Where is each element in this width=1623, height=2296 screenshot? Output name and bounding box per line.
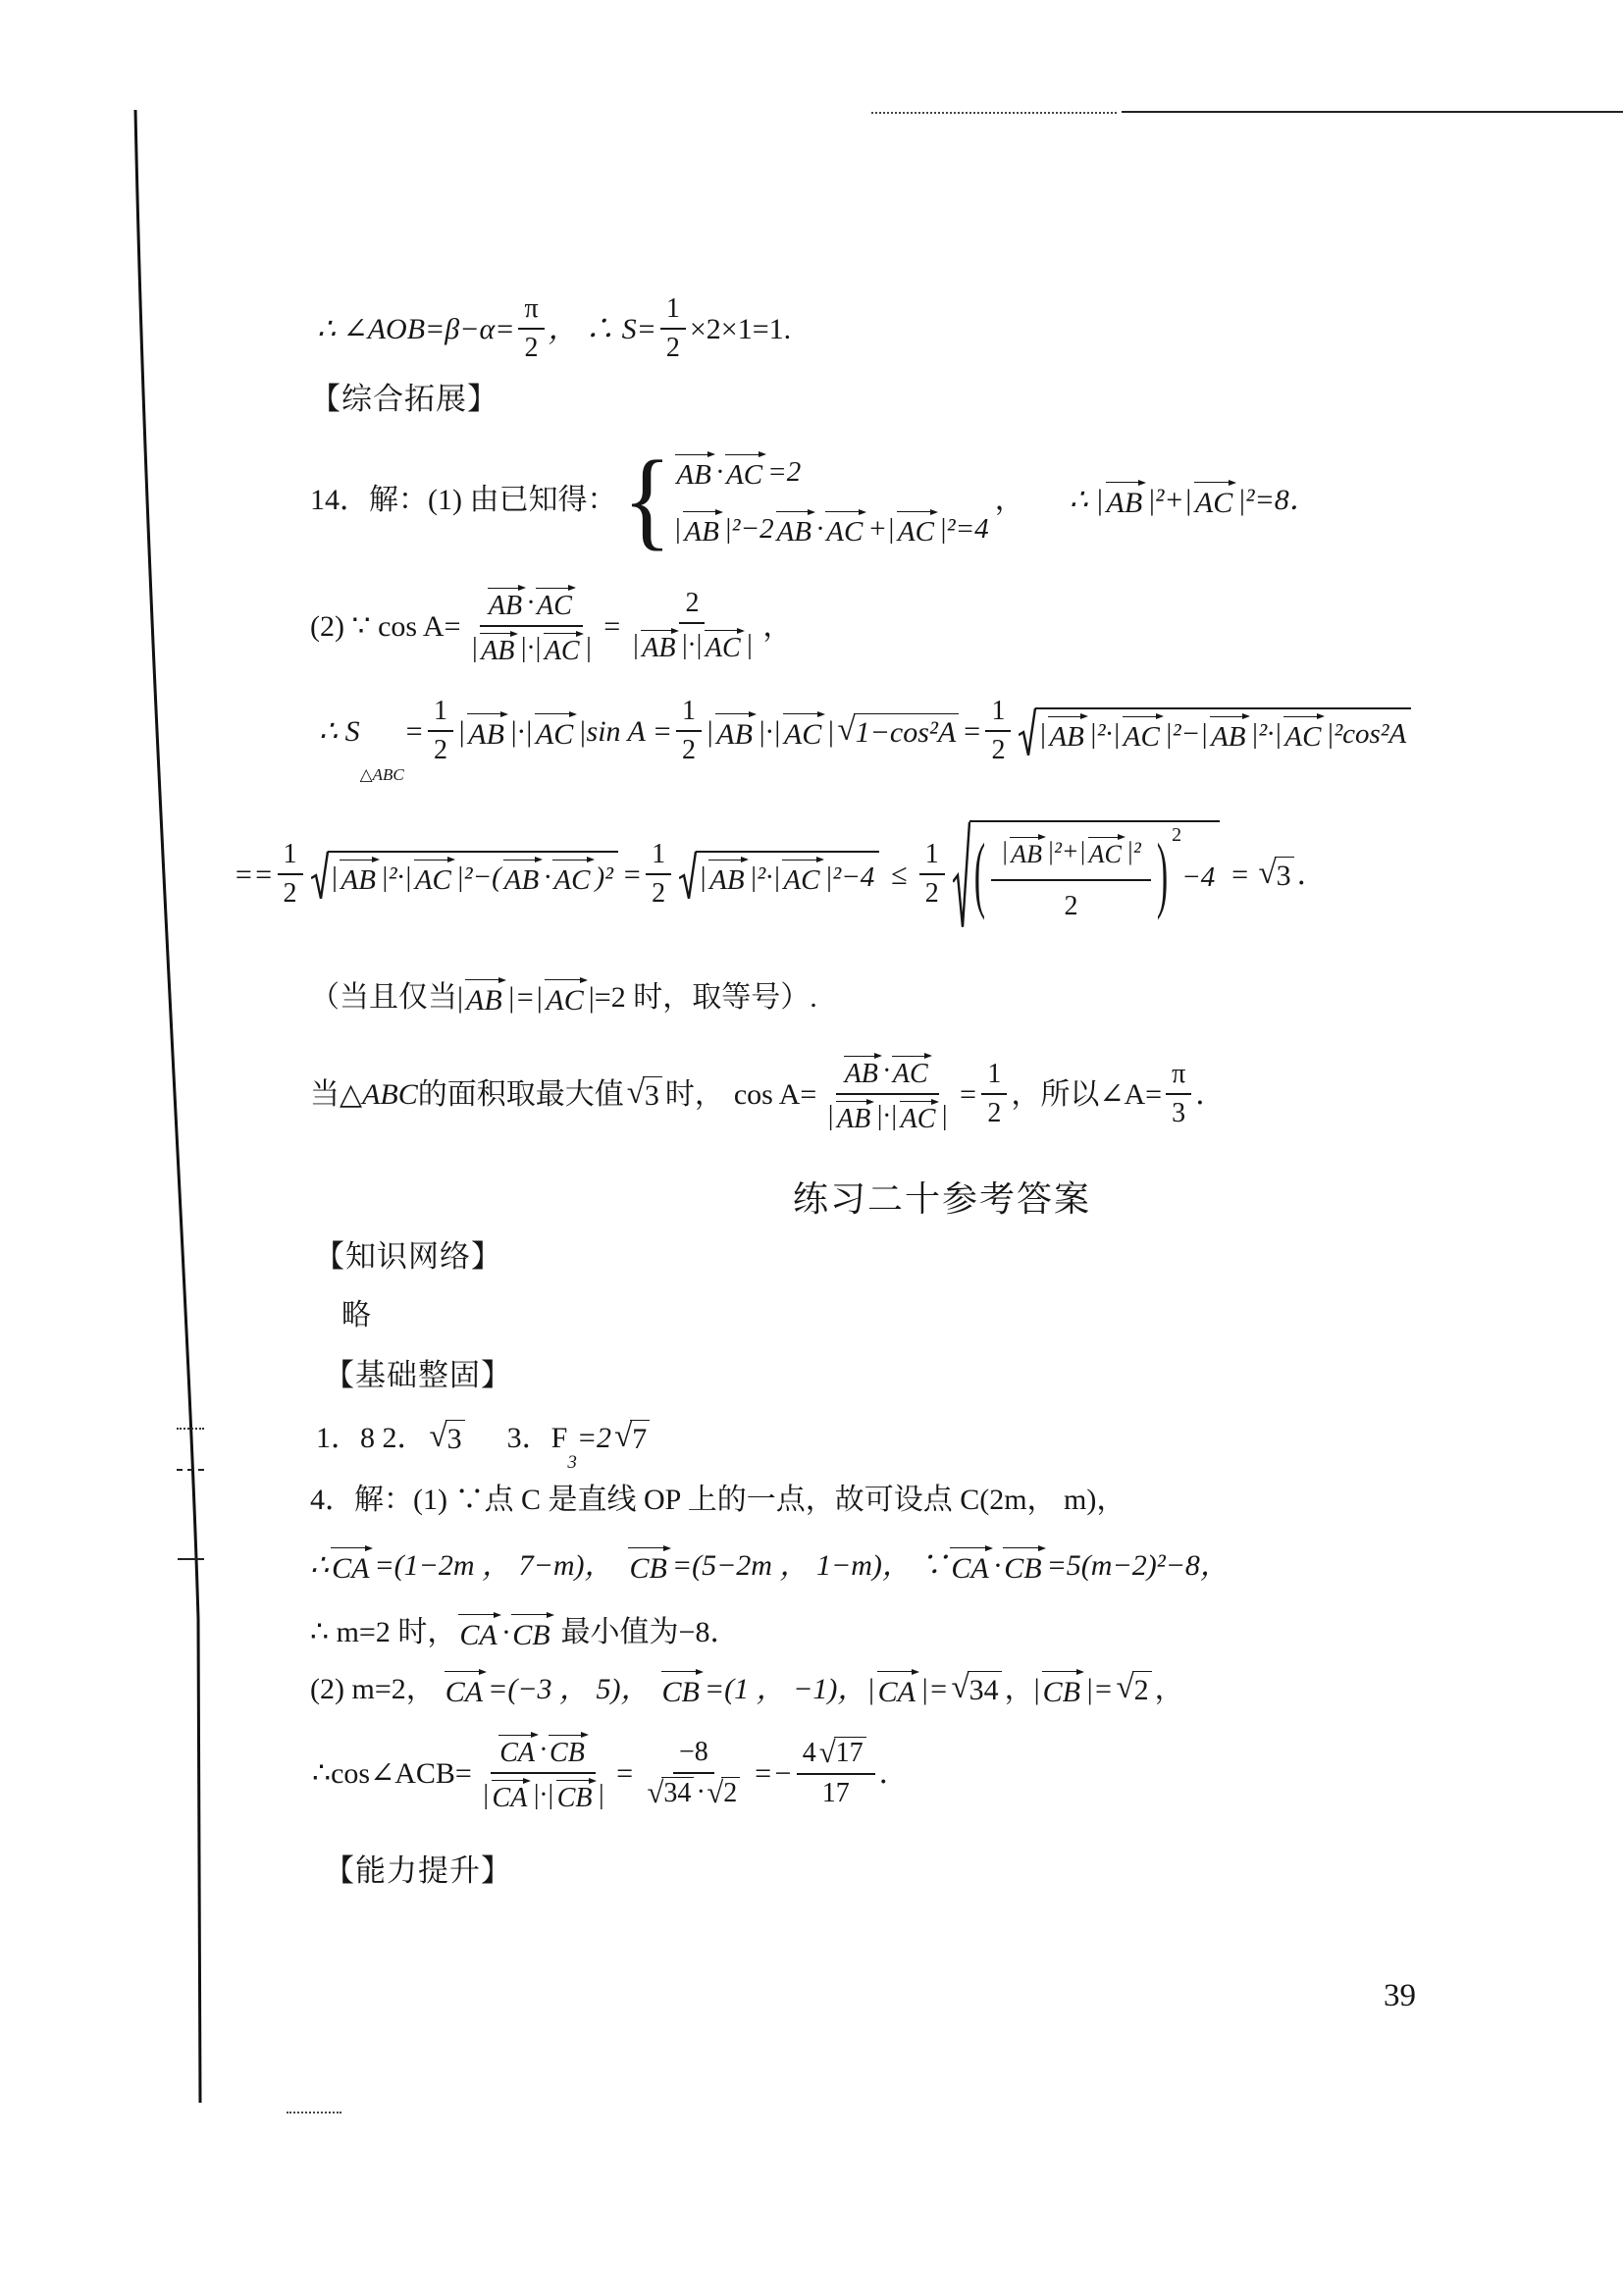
math-text: |²−4 <box>825 860 875 895</box>
fraction-numerator: 2 <box>679 587 705 624</box>
fraction: 1 2 <box>919 838 945 913</box>
page-edge-line <box>0 0 255 2296</box>
math-text: |·| <box>758 713 781 751</box>
vector-ab: AB <box>714 710 757 754</box>
vector-ab: AB <box>640 627 679 664</box>
vector-ac: AC <box>899 1098 940 1135</box>
math-text: |sin A = <box>578 713 672 751</box>
vector-ab: AB <box>775 508 815 549</box>
math-text: == <box>234 857 274 894</box>
fraction-numerator: AB · AC <box>836 1052 939 1095</box>
math-text: | <box>585 633 593 664</box>
vector-ca: CA <box>457 1611 500 1654</box>
math-text: | <box>598 1780 605 1811</box>
cn-text: ∴ m=2 时， <box>310 1614 456 1651</box>
math-text: · <box>883 1056 890 1087</box>
vector-ca: CA <box>497 1732 539 1769</box>
page-number: 39 <box>1384 1978 1416 2014</box>
fraction-numerator: 1 <box>428 695 453 732</box>
vector-ac: AC <box>1122 713 1164 755</box>
math-text: = <box>1230 857 1249 894</box>
vector-ab: AB <box>707 857 748 898</box>
vector-ac: AC <box>534 710 577 754</box>
math-text: |²+| <box>1147 482 1192 519</box>
radical: | AB |²·| AC |²−4 <box>679 851 879 900</box>
math-text: |² <box>1126 837 1141 866</box>
math-text: ． <box>879 1755 909 1793</box>
vector-ac: AC <box>413 857 455 898</box>
math-text: | <box>471 633 479 664</box>
fraction-numerator: π <box>518 292 544 330</box>
math-text: | <box>482 1780 490 1811</box>
math-text: △ABC <box>340 1076 418 1114</box>
cn-text: 14．解：(1) 由已知得： <box>310 482 616 519</box>
vector-ab: AB <box>674 451 714 493</box>
fraction-numerator: 1 <box>981 1058 1007 1095</box>
answers-title: 练习二十参考答案 <box>793 1177 1091 1222</box>
vector-ac: AC <box>1087 834 1126 869</box>
math-text: | <box>699 860 707 895</box>
radical: √ 3 <box>430 1420 465 1458</box>
math-text: ， ∴ S= <box>549 311 656 348</box>
math-text: −4 <box>1181 860 1215 895</box>
vector-ac: AC <box>544 976 587 1019</box>
radicand: 34 <box>661 1777 694 1809</box>
math-text: |²·| <box>750 860 781 895</box>
fraction-denominator: 2 <box>919 875 945 913</box>
cn-text: 略 <box>341 1297 371 1334</box>
fraction-denominator: 2 <box>278 875 303 913</box>
section-header-label: 【能力提升】 <box>324 1852 512 1891</box>
math-text: |²·| <box>1089 716 1121 752</box>
vector-ab: AB <box>843 1053 882 1090</box>
exponent: 2 <box>1172 823 1181 848</box>
radicand: 3 <box>1275 857 1294 895</box>
math-text: |·| <box>680 630 702 661</box>
vector-ac: AC <box>543 630 584 667</box>
vector-ab: AB <box>835 1098 874 1135</box>
vector-ab: AB <box>464 976 506 1019</box>
math-text: |·| <box>875 1101 897 1132</box>
radicand: 3 <box>445 1420 465 1458</box>
formula-line-aob-area: ∴ ∠AOB=β−α= π 2 ， ∴ S= 1 2 ×2×1=1. <box>317 285 791 375</box>
fraction-denominator: 2 <box>646 875 671 913</box>
math-text: ． <box>1297 857 1327 894</box>
fraction-denominator: 2 <box>676 732 702 769</box>
radical: | AB |²·| AC |² − | AB |²·| AC |²cos²A <box>1019 707 1411 757</box>
vector-ab: AB <box>479 630 518 667</box>
math-text: |²=4 <box>939 511 989 547</box>
radical: √ 3 <box>627 1076 662 1115</box>
fraction: AB · AC | AB |·| AC | <box>465 584 599 670</box>
cn-text: 时， <box>665 1076 724 1114</box>
section-header-label: 【综合拓展】 <box>310 381 498 419</box>
radical: | AB |²·| AC |²−( AB · AC )² <box>311 851 618 900</box>
math-text: · <box>816 511 823 547</box>
math-text: | <box>1001 837 1008 866</box>
math-text: =(1−2m ， 7−m)， <box>374 1547 613 1585</box>
vector-ab: AB <box>466 710 508 754</box>
section-header-knowledge-network: 【知识网络】 <box>314 1238 502 1277</box>
math-text: cos A= <box>734 1076 816 1114</box>
cn-text: ，| <box>1005 1671 1040 1708</box>
cn-text: 1．8 2． <box>316 1420 427 1457</box>
math-text: | <box>632 630 640 661</box>
radicand: 3 <box>643 1076 662 1115</box>
fraction-denominator: 2 <box>1058 881 1083 928</box>
math-text: |²=8． <box>1237 482 1319 519</box>
math-text: |²+| <box>1047 837 1086 866</box>
radicand: | AB |²·| AC |² − | AB |²·| AC |²cos²A <box>1035 707 1411 757</box>
vector-cb: CB <box>1041 1668 1084 1711</box>
fraction: 4 √ 17 17 <box>797 1736 875 1811</box>
math-text: = <box>404 713 424 751</box>
cn-text: 4．解：(1) ∵点 C 是直线 OP 上的一点，故可设点 C(2m， m)， <box>310 1482 1126 1519</box>
fraction-denominator: 2 <box>519 330 545 367</box>
vector-ac: AC <box>891 1053 932 1090</box>
math-text: =(−3 ， 5)， <box>488 1671 650 1708</box>
fraction: CA · CB | CA |·| CB | <box>476 1731 610 1817</box>
fraction-numerator: 1 <box>278 838 303 875</box>
vector-ab: AB <box>1105 479 1147 522</box>
vector-ac: AC <box>704 627 745 664</box>
math-text: · <box>697 1777 704 1808</box>
fraction-numerator: | AB |²+| AC |² <box>991 826 1151 881</box>
math-text: |·| <box>509 713 533 751</box>
math-text: | <box>673 511 681 547</box>
radical-stroke-icon <box>311 851 329 900</box>
vector-ac: AC <box>535 585 576 622</box>
answer-4-line-4: (2) m=2， CA =(−3 ， 5)， CB =(1 ， −1)，| CA… <box>310 1663 1184 1716</box>
vector-cb: CB <box>660 1668 704 1711</box>
vector-ca: CA <box>444 1668 487 1711</box>
radicand: 2 <box>721 1777 740 1809</box>
vector-ac: AC <box>824 508 866 549</box>
fraction-numerator: π <box>1166 1058 1191 1095</box>
radicand: 34 <box>968 1671 1002 1709</box>
cn-text: ， <box>1155 1671 1184 1708</box>
dot-artifact <box>287 2112 341 2113</box>
math-text: =(1 ， −1)，| <box>705 1671 875 1708</box>
subscript: 3 <box>567 1451 577 1475</box>
fraction-denominator: | CA |·| CB | <box>476 1774 610 1817</box>
fraction: −8 √ 34 · √ 2 <box>638 1736 749 1811</box>
fraction: 1 2 <box>646 838 671 913</box>
fraction-numerator: 4 √ 17 <box>797 1736 875 1774</box>
top-dashed-line <box>1122 111 1623 113</box>
fraction-denominator: | AB |·| AC | <box>626 624 759 667</box>
math-text: · <box>540 1735 547 1766</box>
scanned-answer-page: ∴ ∠AOB=β−α= π 2 ， ∴ S= 1 2 ×2×1=1. 【综合拓展… <box>0 0 1623 2296</box>
math-text: | <box>1200 716 1208 752</box>
vector-ab: AB <box>339 857 379 898</box>
math-text: ∴ ∠AOB=β−α= <box>317 311 514 348</box>
math-text: | <box>331 860 339 895</box>
math-text: ∴cos∠ACB= <box>312 1755 472 1793</box>
vector-ac: AC <box>781 857 823 898</box>
fraction: 1 2 <box>428 695 453 769</box>
vector-ca: CA <box>330 1544 373 1588</box>
vector-ac: AC <box>896 508 938 549</box>
math-text: =2 <box>767 454 801 490</box>
math-text: =(5−2m ， 1−m)， ∵ <box>672 1547 949 1585</box>
fraction: | AB |²+| AC |² 2 <box>991 826 1151 928</box>
vector-cb: CB <box>627 1544 670 1588</box>
math-text: |²cos²A <box>1326 716 1406 752</box>
fraction: 1 2 <box>981 1058 1007 1132</box>
cn-text: |=2 时，取等号）. <box>589 979 817 1017</box>
radical-stroke-icon <box>1019 707 1036 757</box>
big-paren-left: ( <box>974 824 985 930</box>
math-text: | <box>1038 716 1046 752</box>
math-text: |²−( <box>456 860 501 895</box>
math-text: )² <box>596 860 613 895</box>
math-text: · <box>502 1614 510 1651</box>
radical-stroke-icon <box>679 851 697 900</box>
radicand: 1−cos²A <box>854 713 960 752</box>
vector-ab: AB <box>1209 713 1249 755</box>
math-text: |²·| <box>1251 716 1283 752</box>
radicand: 17 <box>834 1737 866 1769</box>
system-row: AB · AC =2 <box>673 451 801 493</box>
math-text: ×2×1=1. <box>690 311 791 348</box>
subscript: △ABC <box>360 764 404 785</box>
fraction: 1 2 <box>985 695 1011 769</box>
vector-ab: AB <box>682 508 722 549</box>
fraction-denominator: 3 <box>1166 1095 1191 1132</box>
vector-ac: AC <box>1193 479 1236 522</box>
math-text: =5(m−2)²−8， <box>1047 1547 1230 1585</box>
math-text: ≤ <box>891 857 907 894</box>
fraction-numerator: 1 <box>676 695 702 732</box>
math-text: +| <box>867 511 895 547</box>
vector-ab: AB <box>1009 834 1046 869</box>
answers-1-2-3: 1．8 2． √ 3 3．F 3 =2 √ 7 <box>316 1410 653 1467</box>
math-text: · <box>527 588 534 619</box>
answer-4-line-2: ∴ CA =(1−2m ， 7−m)， CB =(5−2m ， 1−m)， ∵ … <box>310 1539 1230 1593</box>
fraction-denominator: 2 <box>428 732 453 769</box>
fraction-denominator: 2 <box>985 732 1011 769</box>
radicand: | AB |²·| AC |²−( AB · AC )² <box>328 851 618 900</box>
fraction-numerator: 1 <box>919 838 945 875</box>
math-text: | <box>706 713 713 751</box>
cn-text: 的面积取最大值 <box>418 1076 624 1114</box>
math-text: ∴ <box>310 1547 329 1585</box>
math-text: · <box>544 860 550 895</box>
formula-line-cosA: (2) ∵ cos A= AB · AC | AB |·| AC | = 2 |… <box>310 582 792 672</box>
math-text: (2) m=2， <box>310 1671 436 1708</box>
cn-text: ． <box>1195 1076 1225 1114</box>
radical: √ 34 <box>951 1671 1001 1709</box>
fraction-numerator: −8 <box>673 1736 714 1773</box>
radical: √ 2 <box>1116 1671 1151 1709</box>
vector-ca: CA <box>949 1544 992 1588</box>
math-text: |= <box>1085 1671 1114 1708</box>
radical: ( | AB |²+| AC |² 2 ) 2 −4 <box>953 820 1220 930</box>
radical: √ 7 <box>614 1420 650 1458</box>
section-header-ability: 【能力提升】 <box>324 1852 512 1891</box>
math-text: |=| <box>507 979 544 1017</box>
big-paren-right: ) <box>1157 824 1168 930</box>
section-header-label: 【知识网络】 <box>314 1238 502 1277</box>
radicand: | AB |²·| AC |²−4 <box>696 851 879 900</box>
math-text: = <box>962 713 981 751</box>
radical: √ 1−cos²A <box>838 713 960 752</box>
section-header-comprehensive: 【综合拓展】 <box>310 381 498 419</box>
answer-4-line-5: ∴cos∠ACB= CA · CB | CA |·| CB | = −8 √ 3… <box>312 1729 909 1819</box>
vector-ac: AC <box>551 857 594 898</box>
cn-text: ，所以∠A= <box>1011 1076 1162 1114</box>
vector-ac: AC <box>1283 713 1325 755</box>
fraction: 1 2 <box>278 838 303 913</box>
vector-ca: CA <box>491 1777 532 1814</box>
math-text: |= <box>920 1671 949 1708</box>
radical: √ 17 <box>819 1737 866 1769</box>
fraction: 1 2 <box>660 292 686 367</box>
vector-ac: AC <box>782 710 825 754</box>
cn-text: ， <box>995 482 1024 519</box>
cn-text: 当 <box>310 1076 340 1114</box>
math-text: 4 <box>803 1738 816 1769</box>
formula-line-area: ∴ S △ABC = 1 2 | AB |·| AC |sin A = 1 2 … <box>319 685 1415 779</box>
math-text: · <box>994 1547 1002 1585</box>
omitted-answer: 略 <box>341 1297 371 1334</box>
answers-title-text: 练习二十参考答案 <box>793 1177 1091 1222</box>
vector-ab: AB <box>487 585 526 622</box>
radical: √ 2 <box>707 1777 740 1809</box>
cn-text: （当且仅当| <box>310 979 463 1017</box>
vector-ab: AB <box>502 857 543 898</box>
margin-tick <box>178 1558 204 1560</box>
system-row: | AB |²−2 AB · AC +| AC |²=4 <box>673 508 988 549</box>
top-dashed-line <box>871 112 1117 114</box>
vector-cb: CB <box>548 1732 589 1769</box>
answer-4-line-1: 4．解：(1) ∵点 C 是直线 OP 上的一点，故可设点 C(2m， m)， <box>310 1482 1126 1519</box>
conclusion-line: 当 △ABC 的面积取最大值 √ 3 时， cos A= AB · AC | A… <box>310 1048 1225 1142</box>
math-text: =− <box>753 1755 793 1793</box>
vector-cb: CB <box>510 1611 553 1654</box>
fraction-numerator: 1 <box>985 695 1011 732</box>
fraction-numerator: CA · CB <box>491 1731 596 1774</box>
math-text: = <box>622 857 642 894</box>
math-text: = <box>614 1755 634 1793</box>
section-header-basics: 【基础整固】 <box>324 1357 512 1395</box>
radical: √ 34 <box>647 1777 694 1809</box>
math-text: |²·| <box>381 860 412 895</box>
system-brace: { <box>622 450 671 549</box>
fraction: AB · AC | AB |·| AC | <box>820 1052 954 1138</box>
math-text: |·| <box>519 633 541 664</box>
fraction-denominator: | AB |·| AC | <box>820 1095 954 1138</box>
math-text: = <box>958 1076 977 1114</box>
fraction-denominator: √ 34 · √ 2 <box>638 1774 749 1812</box>
math-text: | <box>826 713 834 751</box>
fraction-denominator: | AB |·| AC | <box>465 627 599 670</box>
radical: √ 3 <box>1258 857 1293 895</box>
math-text: − <box>1181 716 1201 752</box>
fraction: π 2 <box>518 292 544 367</box>
math-text: ∴ | <box>1070 482 1104 519</box>
math-text: |·| <box>532 1780 553 1811</box>
margin-tick <box>177 1469 204 1471</box>
math-text: ∴ S <box>319 713 360 751</box>
vector-ca: CA <box>876 1668 919 1711</box>
math-text: · <box>716 454 723 490</box>
fraction: 2 | AB |·| AC | <box>626 587 759 667</box>
math-text: | <box>826 1101 834 1132</box>
equation-system: AB · AC =2 | AB |²−2 AB · AC +| AC |²=4 <box>673 451 988 550</box>
fraction-numerator: 1 <box>646 838 671 875</box>
math-text: | <box>457 713 465 751</box>
math-text: | <box>940 1101 948 1132</box>
vector-ab: AB <box>1047 713 1087 755</box>
fraction-numerator: AB · AC <box>480 584 583 627</box>
math-text: 3．F <box>507 1420 568 1457</box>
section-header-label: 【基础整固】 <box>324 1357 512 1395</box>
fraction: 1 2 <box>676 695 702 769</box>
answer-4-line-3: ∴ m=2 时， CA · CB 最小值为−8． <box>310 1609 739 1656</box>
math-text: |²−2 <box>724 511 774 547</box>
radicand: 2 <box>1132 1671 1152 1709</box>
math-text: | <box>746 630 754 661</box>
margin-tick <box>177 1428 204 1430</box>
math-text: = <box>602 608 621 646</box>
equality-condition-note: （当且仅当| AB |=| AC |=2 时，取等号）. <box>310 976 817 1019</box>
cn-text: ， <box>762 608 792 646</box>
fraction: π 3 <box>1166 1058 1191 1132</box>
vector-cb: CB <box>555 1777 597 1814</box>
radicand: 7 <box>630 1420 650 1458</box>
fraction-denominator: 2 <box>981 1095 1007 1132</box>
cn-text: 最小值为−8． <box>561 1614 740 1651</box>
radical-stroke-icon <box>953 820 970 930</box>
vector-cb: CB <box>1002 1544 1045 1588</box>
fraction-denominator: 17 <box>816 1775 856 1812</box>
math-text: |² <box>1165 716 1181 752</box>
fraction-numerator: 1 <box>660 292 686 330</box>
formula-line-14: 14．解：(1) 由已知得： { AB · AC =2 | AB |²−2 AB… <box>310 440 1319 561</box>
math-text: =2 <box>577 1420 611 1457</box>
page-number-text: 39 <box>1384 1978 1416 2013</box>
vector-ac: AC <box>724 451 766 493</box>
formula-line-inequality: == 1 2 | AB |²·| AC |²−( AB · AC )² = 1 <box>234 793 1327 958</box>
radicand: ( | AB |²+| AC |² 2 ) 2 −4 <box>969 820 1220 930</box>
math-text: (2) ∵ cos A= <box>310 608 461 646</box>
fraction-denominator: 2 <box>660 330 686 367</box>
